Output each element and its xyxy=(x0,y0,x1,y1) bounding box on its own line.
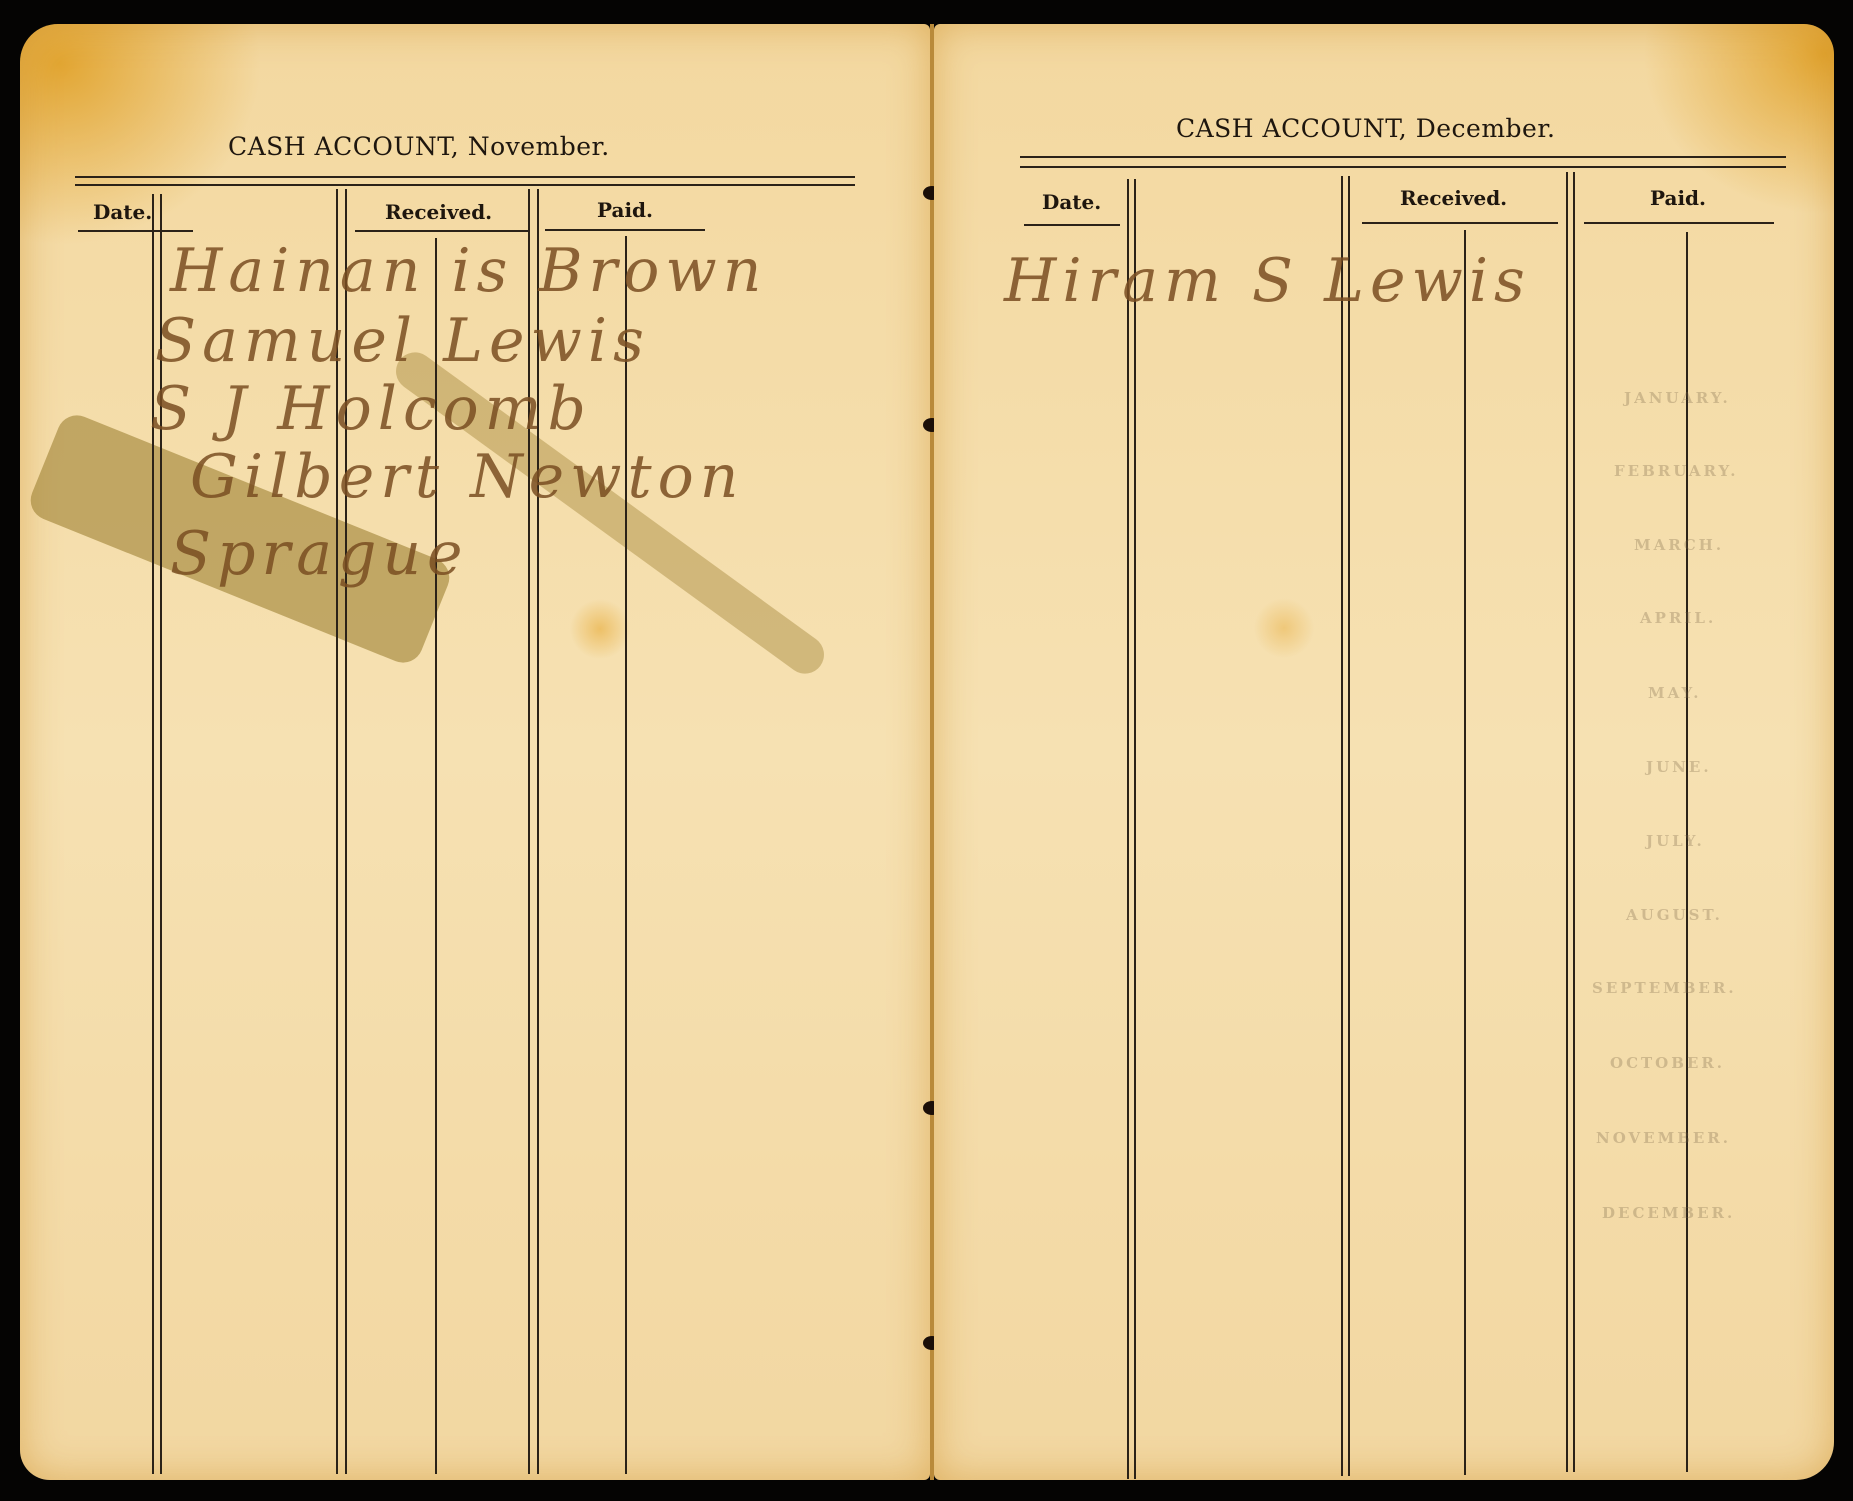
header-underline xyxy=(1362,222,1558,224)
bleed-through-month: MARCH. xyxy=(1634,536,1724,554)
title-rule xyxy=(75,176,855,178)
right-page: CASH ACCOUNT, December. Date. Received. … xyxy=(934,24,1834,1480)
bleed-through-month: DECEMBER. xyxy=(1602,1204,1735,1222)
column-line xyxy=(1686,232,1688,1472)
column-header-date: Date. xyxy=(93,200,152,224)
column-header-date: Date. xyxy=(1042,190,1101,214)
page-title: CASH ACCOUNT, November. xyxy=(228,132,610,161)
bleed-through-month: FEBRUARY. xyxy=(1614,462,1739,480)
bleed-through-month: MAY. xyxy=(1648,684,1702,702)
header-underline xyxy=(545,229,705,231)
bleed-through-month: JULY. xyxy=(1646,832,1705,850)
column-header-paid: Paid. xyxy=(597,198,653,222)
header-underline xyxy=(355,230,530,232)
title-rule xyxy=(1020,166,1786,168)
page-title: CASH ACCOUNT, December. xyxy=(1176,114,1556,143)
title-rule xyxy=(1020,156,1786,158)
bleed-through-month: AUGUST. xyxy=(1626,906,1723,924)
handwritten-entry: S J Holcomb xyxy=(150,374,592,444)
handwritten-entry: Hainan is Brown xyxy=(170,236,767,306)
column-header-received: Received. xyxy=(385,200,492,224)
left-page: CASH ACCOUNT, November. Date. Received. … xyxy=(20,24,930,1480)
column-line xyxy=(1566,172,1568,1472)
column-line xyxy=(1127,179,1129,1479)
column-line xyxy=(1573,172,1575,1472)
handwritten-entry: Sprague xyxy=(170,519,469,589)
handwritten-entry: Samuel Lewis xyxy=(155,306,650,376)
title-rule xyxy=(75,184,855,186)
column-header-received: Received. xyxy=(1400,186,1507,210)
column-header-paid: Paid. xyxy=(1650,186,1706,210)
bleed-through-month: SEPTEMBER. xyxy=(1592,979,1737,997)
bleed-through-month: NOVEMBER. xyxy=(1596,1129,1731,1147)
column-line xyxy=(1341,176,1343,1476)
column-line xyxy=(1464,230,1466,1475)
column-line xyxy=(1348,176,1350,1476)
column-line xyxy=(1134,179,1136,1479)
header-underline xyxy=(1024,224,1120,226)
bleed-through-month: OCTOBER. xyxy=(1610,1054,1725,1072)
header-underline xyxy=(78,230,193,232)
column-line xyxy=(625,236,627,1474)
bleed-through-month: JUNE. xyxy=(1646,758,1712,776)
bleed-through-month: APRIL. xyxy=(1640,609,1716,627)
handwritten-entry: Gilbert Newton xyxy=(190,442,744,512)
header-underline xyxy=(1584,222,1774,224)
bleed-through-month: JANUARY. xyxy=(1624,389,1731,407)
handwritten-entry: Hiram S Lewis xyxy=(1004,246,1531,316)
